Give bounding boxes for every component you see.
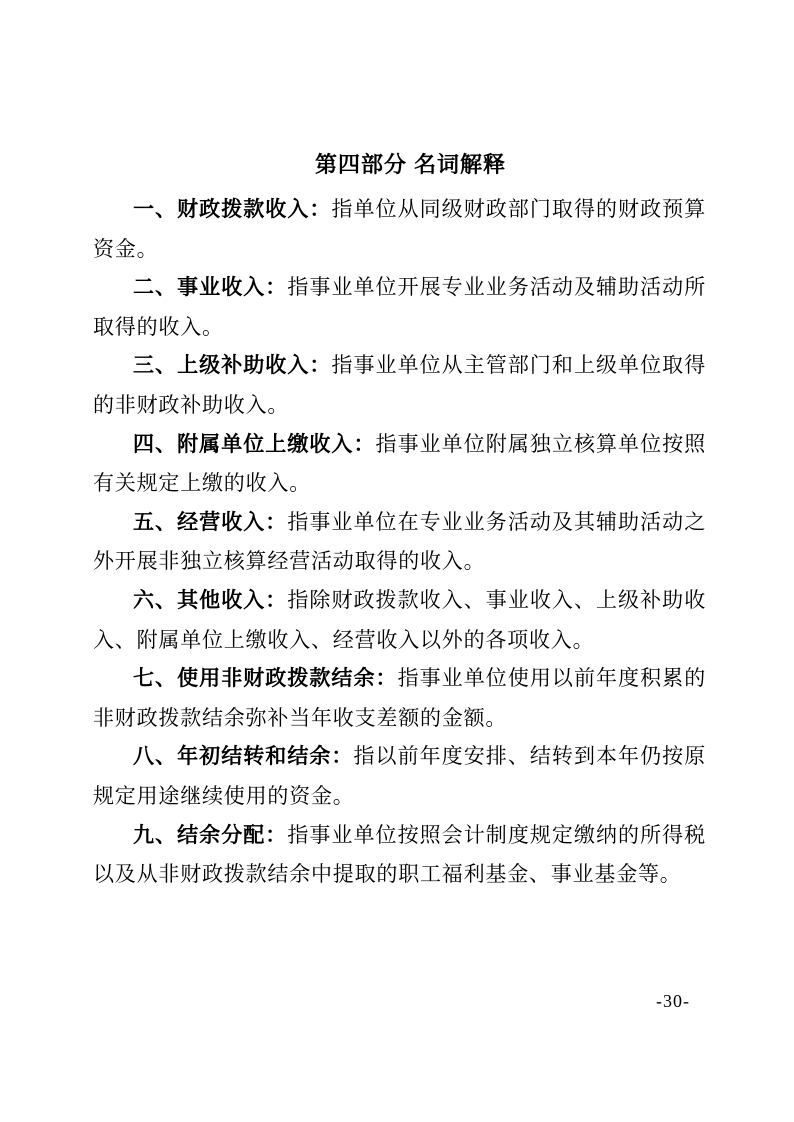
term-8: 八、年初结转和结余：指以前年度安排、结转到本年仍按原规定用途继续使用的资金。: [93, 737, 706, 815]
term-6-label: 六、其他收入：: [133, 589, 287, 612]
term-3: 三、上级补助收入：指事业单位从主管部门和上级单位取得的非财政补助收入。: [93, 346, 706, 424]
term-5: 五、经营收入：指事业单位在专业业务活动及其辅助活动之外开展非独立核算经营活动取得…: [93, 503, 706, 581]
term-5-label: 五、经营收入：: [133, 511, 287, 534]
terms-list: 一、财政拨款收入：指单位从同级财政部门取得的财政预算资金。 二、事业收入：指事业…: [93, 190, 706, 894]
term-1-label: 一、财政拨款收入：: [133, 198, 331, 221]
term-2: 二、事业收入：指事业单位开展专业业务活动及辅助活动所取得的收入。: [93, 268, 706, 346]
term-1: 一、财政拨款收入：指单位从同级财政部门取得的财政预算资金。: [93, 190, 706, 268]
term-9-label: 九、结余分配：: [133, 824, 287, 847]
term-9: 九、结余分配：指事业单位按照会计制度规定缴纳的所得税以及从非财政拨款结余中提取的…: [93, 816, 706, 894]
term-6: 六、其他收入：指除财政拨款收入、事业收入、上级补助收入、附属单位上缴收入、经营收…: [93, 581, 706, 659]
term-3-label: 三、上级补助收入：: [133, 354, 331, 377]
term-2-label: 二、事业收入：: [133, 276, 287, 299]
term-8-label: 八、年初结转和结余：: [133, 745, 353, 768]
term-4: 四、附属单位上缴收入：指事业单位附属独立核算单位按照有关规定上缴的收入。: [93, 425, 706, 503]
section-title: 第四部分 名词解释: [93, 152, 706, 178]
term-7: 七、使用非财政拨款结余：指事业单位使用以前年度积累的非财政拨款结余弥补当年收支差…: [93, 659, 706, 737]
term-7-label: 七、使用非财政拨款结余：: [133, 667, 398, 690]
term-4-label: 四、附属单位上缴收入：: [133, 433, 376, 456]
document-page: 第四部分 名词解释 一、财政拨款收入：指单位从同级财政部门取得的财政预算资金。 …: [0, 0, 794, 1122]
page-number: -30-: [656, 991, 690, 1011]
